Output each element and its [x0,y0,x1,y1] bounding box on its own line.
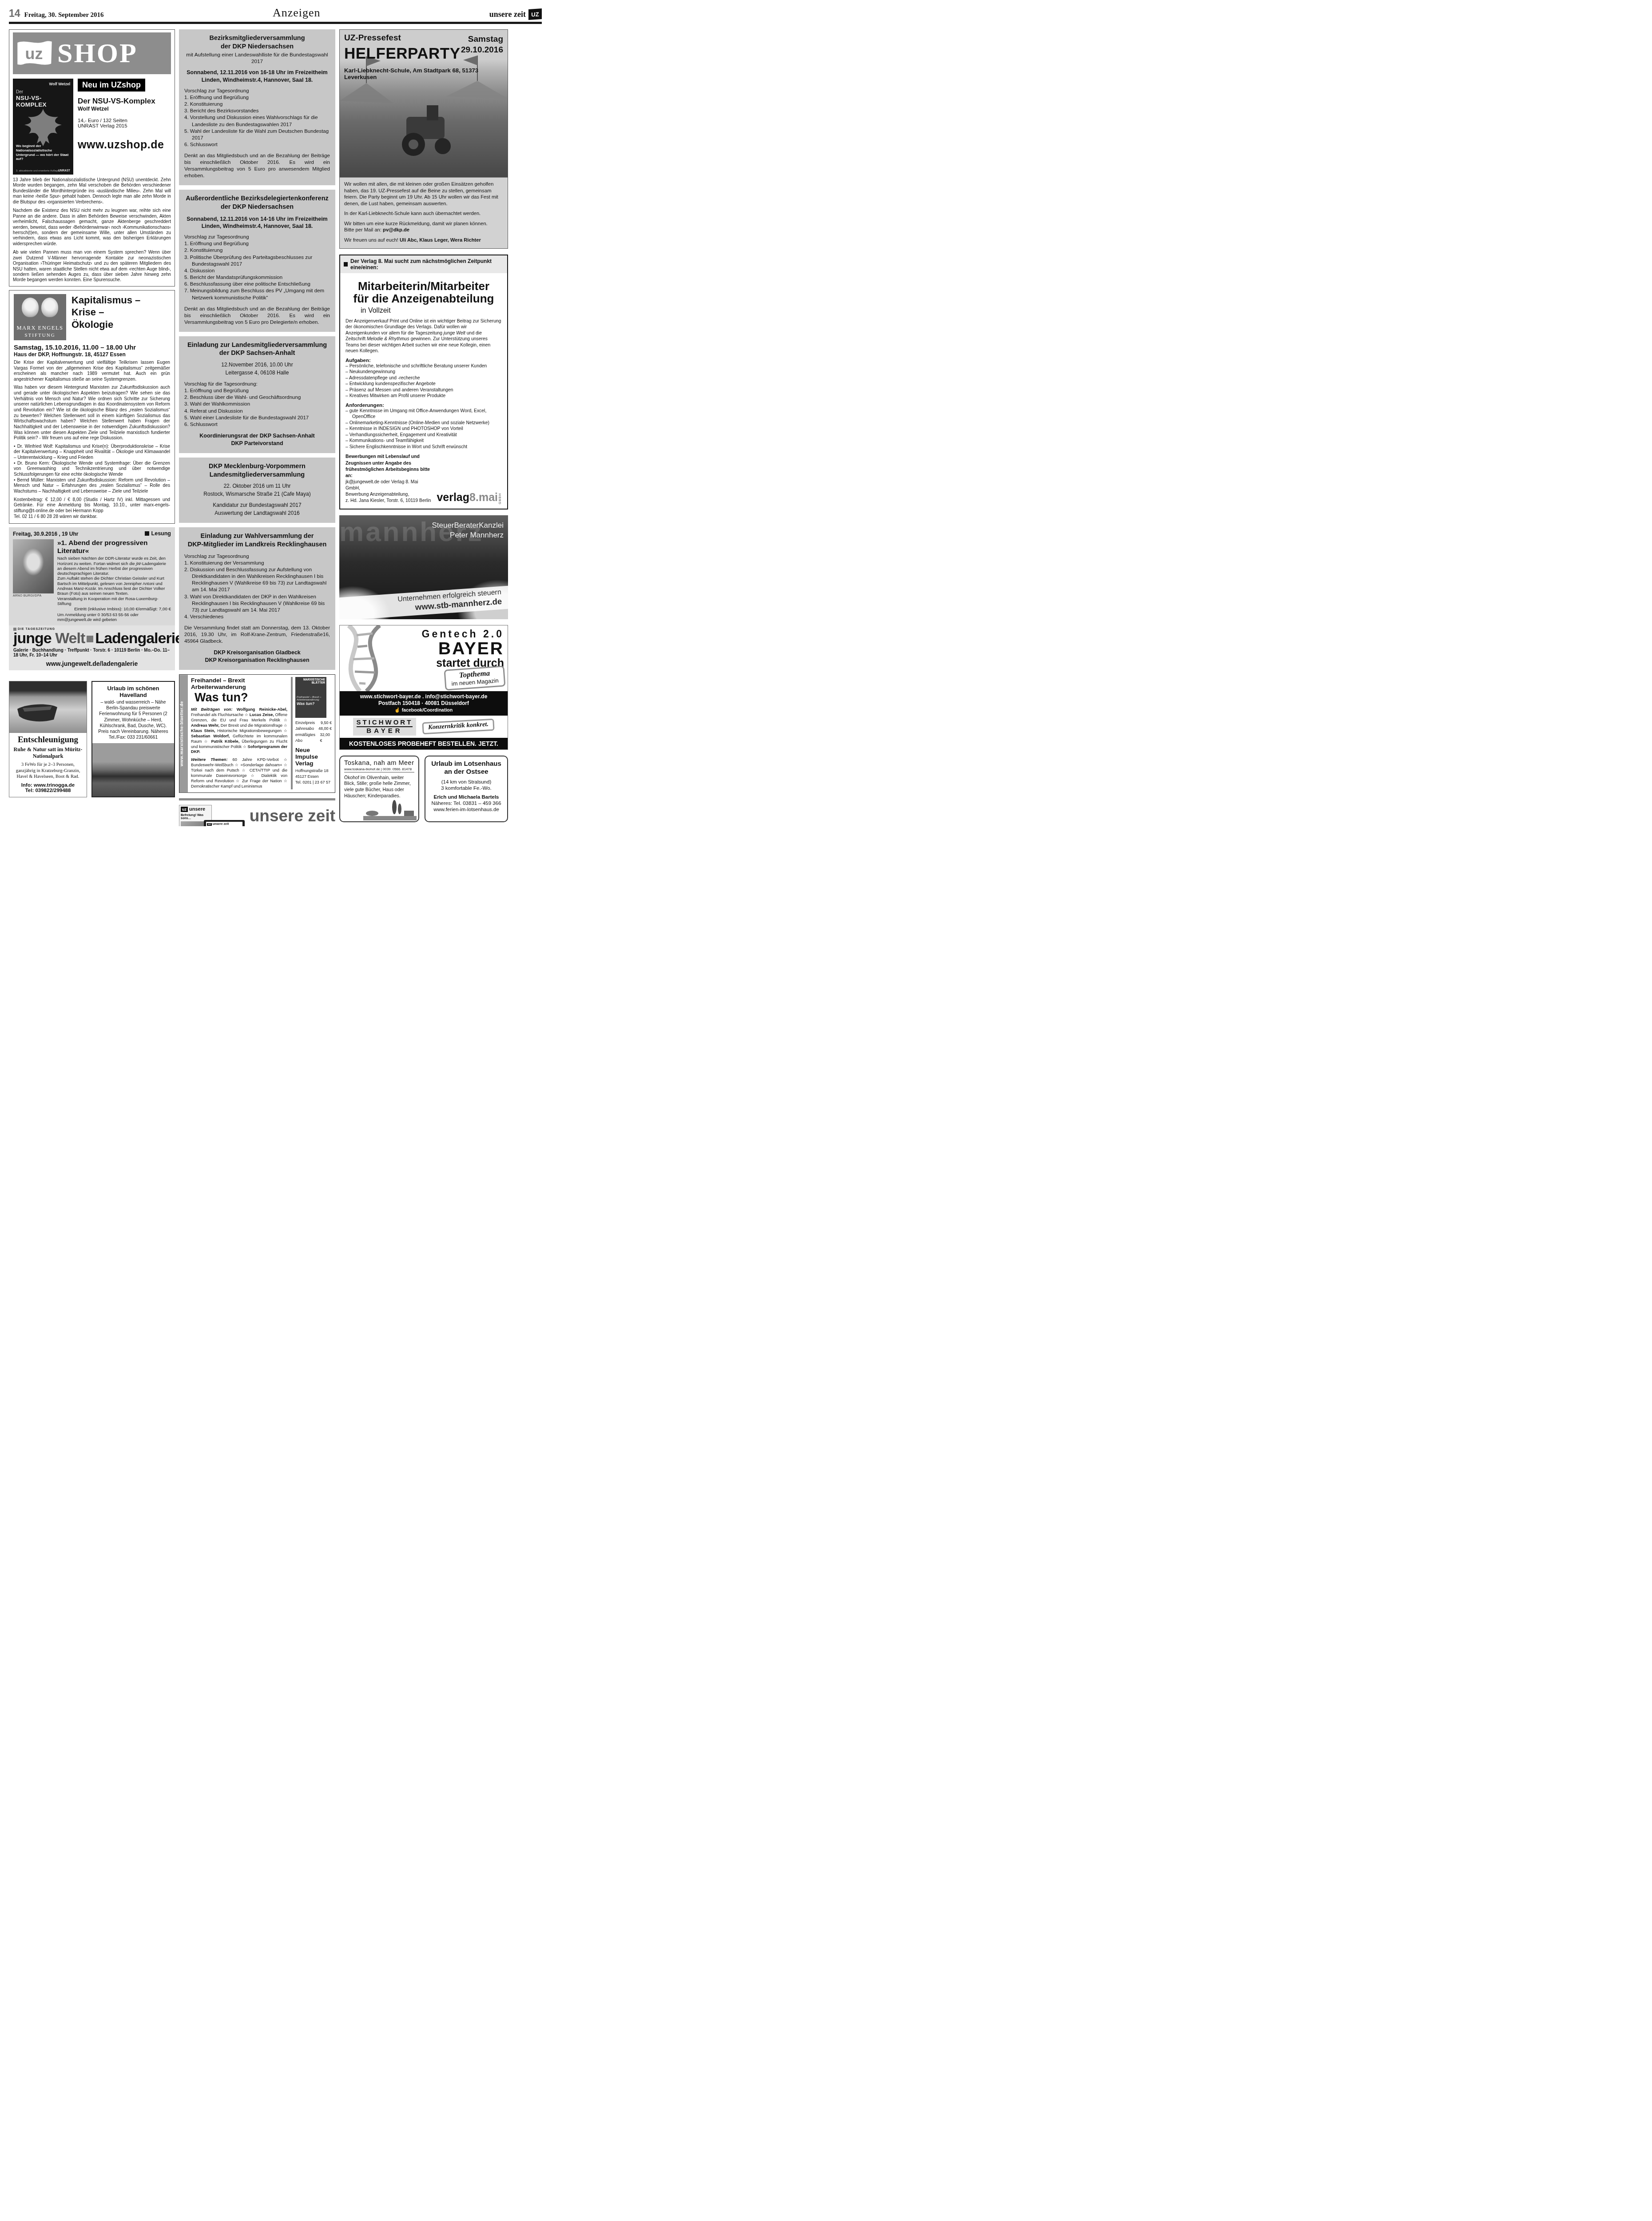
job-title-line: für die Anzeigenabteilung [345,292,502,305]
hav-title: Urlaub im schönen Havelland [94,685,172,698]
hp-mail-line: Bitte per Mail an: pv@dkp.de [344,227,409,233]
job-kicker-text: Der Verlag 8. Mai sucht zum nächstmöglic… [350,258,504,271]
columns: uz SHOP Wolf Wetzel Der NSU-VS-KOMPLEX W… [9,29,542,826]
mbl-right-column: MARXISTISCHE BLÄTTER Freihandel – Brexit… [291,677,332,789]
uzad-title: unsere zeit [248,808,335,824]
page-header: 14 Freitag, 30. September 2016 Anzeigen … [9,6,542,24]
agenda-item: 1. Konstituierung der Versammlung [184,560,330,567]
agenda-item: 2. Konstituierung [184,101,330,108]
hp-paragraph: In der Karl-Liebknecht-Schule kann auch … [344,211,503,217]
ad-jungewelt-ladengalerie: DIE TAGESZEITUNG junge WeltLadengalerie … [9,625,175,670]
price-row: Einzelpreis9,50 € [295,720,332,726]
dkp-date: 12.November 2016, 10.00 Uhr [184,361,330,369]
dkp-date: Sonnabend, 12.11.2016 von 16-18 Uhr im F… [185,69,329,84]
uz-logo-icon: UZ [528,8,542,20]
lesung-date: Freitag, 30.9.2016 , 19 Uhr [13,531,78,537]
mannherz-title: SteuerBeraterKanzlei Peter Mannherz [432,521,504,540]
publisher-line: Verlag [295,760,332,767]
hp-paragraph-line: Wir bitten um eine kurze Rückmeldung, da… [344,221,488,227]
uzshop-paragraph: Ab wie vielen Pannen muss man von einem … [13,250,171,283]
pressefest-photo: UZ-Pressefest HELFERPARTY Samstag 29.10.… [340,30,508,177]
book-cover-author: Wolf Wetzel [16,82,70,86]
bayer-urls: www.stichwort-bayer.de . info@stichwort-… [341,693,507,700]
magazine-cover-wastun: Was tun? [297,701,325,706]
mes-fee: Kostenbeitrag: € 12,00 / € 8,00 (Studis … [14,498,170,514]
column-right: UZ-Pressefest HELFERPARTY Samstag 29.10.… [339,29,508,822]
hp-paragraph: Wir wollen mit allen, die mit kleinen od… [344,181,503,207]
hp-paragraph: Wir freuen uns auf euch! Uli Abc, Klaus … [344,237,503,244]
lesung-paragraph: Nach sieben Nächten der DDR-Literatur wu… [57,556,171,576]
agenda-item: 1. Eröffnung und Begrüßung [184,95,330,101]
dkp-signature-line: DKP Parteivorstand [184,440,330,447]
lots-title-line: an der Ostsee [428,768,504,776]
dkp-title-line: Landesmitgliederversammlung [184,471,330,479]
book-title: Der NSU-VS-Komplex [78,97,171,106]
job-requirement: – Kenntnisse in INDESIGN und PHOTOSHOP v… [345,426,502,432]
mbl-paragraph: Weitere Themen: 60 Jahre KPD-Verbot ☆ Bu… [191,757,287,789]
job-task: – Kreatives Mitwirken am Profil unserer … [345,393,502,399]
dkp-location: Leitergasse 4, 06108 Halle [184,369,330,377]
mes-tel: Tel. 02 11 / 6 80 28 28 wären wir dankba… [14,514,170,520]
ad-dkp-mecklenburg-vorpommern: DKP Mecklenburg-Vorpommern Landesmitglie… [179,458,335,523]
job-req-label: Anforderungen: [345,403,502,408]
dkp-title-line: Außerordentliche Bezirksdelegiertenkonfe… [184,195,330,203]
svg-text:uz: uz [25,45,43,63]
bayer-title-gentech: Gentech 2.0 [343,628,504,640]
magazine-cover: MARXISTISCHE BLÄTTER Freihandel – Brexit… [295,677,326,718]
ad-marxistische-blaetter: www.marxistische-blaetter.de Freihandel … [179,674,335,793]
mbl-header: Freihandel – Brexit Arbeiterwanderung Wa… [191,677,287,705]
dkp-title-line: der DKP Sachsen-Anhalt [184,349,330,358]
dkp-agenda-list: 1. Eröffnung und Begrüßung2. Beschluss ü… [184,388,330,428]
mes-header: Marx Engels Stiftung Kapitalismus – Kris… [14,294,170,340]
jw-url: www.jungewelt.de/ladengalerie [13,660,171,667]
dkp-title: Außerordentliche Bezirksdelegiertenkonfe… [184,195,330,211]
agenda-item: 3. Politische Überprüfung des Parteitags… [184,255,330,268]
ad-lotsenhaus: Urlaub im Lotsenhaus an der Ostsee (14 k… [425,756,508,822]
dkp-signature: Koordinierungsrat der DKP Sachsen-Anhalt… [184,432,330,447]
page-number: 14 [9,8,20,20]
topthema-badge: Topthema im neuen Magazin [444,665,505,690]
dkp-agenda-label: Vorschlag zur Tagesordnung [184,235,330,240]
lesung-topbar: Freitag, 30.9.2016 , 19 Uhr Lesung [13,530,171,537]
bayer-headline: Gentech 2.0 BAYER startet durch [343,628,504,669]
lots-title: Urlaub im Lotsenhaus an der Ostsee [428,760,504,776]
ad-havelland: Urlaub im schönen Havelland – wald- und … [91,681,175,797]
havel-lake-photo [92,743,174,796]
price-value: 48,00 € [318,726,332,732]
job-kicker: Der Verlag 8. Mai sucht zum nächstmöglic… [340,255,507,274]
website-name: unsere zeit [213,823,229,826]
logo-bayer: BAYER [357,727,413,735]
dkp-agenda-label: Vorschlag zur Tagesordnung [184,88,330,94]
agenda-item: 5. Wahl der Landesliste für die Wahl zum… [184,128,330,142]
facebook-label: facebook/Coordination [402,708,453,713]
website-masthead: uz unsere zeit [207,823,242,826]
square-icon [145,531,149,536]
bayer-contact-band: www.stichwort-bayer.de . info@stichwort-… [340,691,508,716]
job-task: – Neukundengewinnung [345,369,502,375]
dkp-agenda-list: 1. Eröffnung und Begrüßung2. Konstituier… [184,241,330,302]
newspaper-headline: Befreiung! Was sons… [181,814,210,820]
hp-paragraph: Wir bitten um eine kurze Rückmeldung, da… [344,221,503,234]
lesung-photo-block: ARNO BURGI/DPA [13,539,54,622]
agenda-item: 1. Eröffnung und Begrüßung [184,241,330,247]
dkp-title: Einladung zur Wahlversammlung der DKP-Mi… [184,532,330,549]
publisher-name: Neue Impulse Verlag [295,747,332,767]
bottom-left-ads: Entschleunigung Ruhe & Natur satt im Mür… [9,681,175,797]
dkp-title-line: Bezirksmitgliederversammlung [184,34,330,43]
jw-info: Galerie · Buchhandlung · Treffpunkt · To… [13,648,171,658]
laptop-illustration: uz unsere zeit [204,820,245,826]
dkp-agenda-list: 1. Konstituierung der Versammlung2. Disk… [184,560,330,621]
mes-location: Haus der DKP, Hoffnungstr. 18, 45127 Ess… [14,351,170,358]
stichwort-bayer-logo: STICHWORT BAYER [353,718,417,736]
bayer-postfach: Postfach 150418 · 40081 Düsseldorf [341,700,507,706]
newspaper-page: 14 Freitag, 30. September 2016 Anzeigen … [0,0,551,826]
lesung-entry-fee: Eintritt (inklusive Imbiss): 10,00 €/erm… [57,607,171,612]
mannherz-title-line: Peter Mannherz [432,530,504,540]
ent-title: Entschleunigung [12,735,84,745]
agenda-item: 5. Wahl einer Landesliste für die Bundes… [184,415,330,422]
price-row: ermäßigtes Abo32,00 € [295,732,332,744]
magazine-cover-title: MARXISTISCHE BLÄTTER [297,678,325,685]
address-line: Tel. 0201 | 23 67 57 [295,780,332,785]
logo-8mai: 8.mai [469,491,498,504]
mes-title-line: Ökologie [71,318,140,331]
price-label: Jahresabo [295,726,314,732]
book-price: 14,- Euro / 132 Seiten [78,118,171,123]
thumbs-up-icon: ☝ [395,708,401,713]
mbl-was-tun: Was tun? [195,691,248,705]
agenda-item: 6. Schlusswort [184,422,330,428]
book-author: Wolf Wetzel [78,106,171,112]
uz-flag-icon: uz [16,38,54,69]
logo-gmbh: GMBH [499,493,502,504]
agenda-item: 7. Meinungsbildung zum Beschluss des PV … [184,288,330,301]
ad-unsere-zeit: uz unsere Befreiung! Was sons… uz unsere… [179,798,335,826]
lots-contact-name: Erich und Michaela Bartels [428,795,504,800]
uz-logo-icon: uz [181,807,188,812]
agenda-item: 3. Bericht des Bezirksvorstandes [184,108,330,115]
jw-logo-junge: junge [13,630,52,647]
publisher-line: Neue Impulse [295,747,332,760]
hp-date: Samstag 29.10.2016 [461,34,503,56]
dkp-note: Denkt an das Mitgliedsbuch und an die Be… [184,306,330,326]
tos-contact: www.toskana-biohof.de | 0039. 0566. 8147… [344,767,414,772]
volker-braun-photo [13,539,54,593]
logo-stichwort: STICHWORT [357,719,413,727]
cypress-landscape-icon [363,800,417,820]
uz-media-illustration: uz unsere Befreiung! Was sons… uz unsere… [179,805,245,826]
hp-text: Wir wollen mit allen, die mit kleinen od… [340,177,508,248]
uz-logo-icon: uz [207,823,212,826]
hav-text: – wald- und wasserreich – Nähe Berlin-Sp… [95,700,171,740]
agenda-item: 4. Verschiedenes [184,614,330,621]
dkp-title-line: der DKP Niedersachsen [184,203,330,211]
job-tasks-list: – Persönliche, telefonische und schriftl… [345,363,502,399]
lesung-note: Um Anmeldung unter 0 30/53 63 55-56 oder… [57,612,171,622]
newspaper-masthead: uz unsere [181,807,210,812]
dkp-title-line: Einladung zur Wahlversammlung der [184,532,330,541]
address-line: Hoffnungstraße 18 [295,768,332,774]
agenda-item: 4. Vorstellung und Diskussion eines Wahl… [184,115,330,128]
book-cover-edition: 3. aktualisierte und erweiterte Auflage [16,170,59,172]
dkp-title-line: Einladung zur Landesmitgliederversammlun… [184,341,330,350]
dkp-signature-line: Koordinierungsrat der DKP Sachsen-Anhalt [184,432,330,440]
price-value: 9,50 € [321,720,332,726]
portrait-face-icon [22,298,39,317]
job-requirement: – gute Kenntnisse im Umgang mit Office-A… [345,408,502,420]
agenda-item: 3. Wahl der Wahlkommission [184,401,330,408]
mes-speaker: • Bernd Müller: Marxisten und Zukunftsdi… [14,478,170,495]
book-cover-der: Der [16,90,70,95]
mes-speaker: • Dr. Winfried Wolf: Kapitalismus und Kr… [14,444,170,461]
lesung-text: »1. Abend der progressiven Literatur« Na… [57,539,171,622]
agenda-item: 4. Diskussion [184,268,330,275]
ad-helferparty: UZ-Pressefest HELFERPARTY Samstag 29.10.… [339,29,508,249]
book-cover: Wolf Wetzel Der NSU-VS-KOMPLEX Wo beginn… [13,79,73,175]
dkp-date: Sonnabend, 12.11.2016 von 14-16 Uhr im F… [185,215,329,230]
logo-verlag: verlag [437,491,469,504]
tos-text: Ökohof im Olivenhain, weiter Blick, Stil… [344,775,414,800]
square-icon [87,636,93,642]
lots-url: www.ferien-im-lotsenhaus.de [428,807,504,812]
column-middle: Bezirksmitgliederversammlung der DKP Nie… [179,29,335,826]
ad-marx-engels-stiftung: Marx Engels Stiftung Kapitalismus – Kris… [9,290,175,524]
agenda-item: 2. Beschluss über die Wahl- und Geschäft… [184,394,330,401]
dkp-agenda-label: Vorschlag zur Tagesordnung [184,554,330,559]
marx-engels-logo: Marx Engels Stiftung [14,294,66,340]
ad-uzshop: uz SHOP Wolf Wetzel Der NSU-VS-KOMPLEX W… [9,29,175,287]
ad-toskana: Toskana, nah am Meer www.toskana-biohof.… [339,756,419,822]
job-task: – Adressdatenpflege und -recherche [345,375,502,382]
job-application-info: Bewerbungen mit Lebenslauf und Zeugnisse… [345,454,433,504]
hp-location: Karl-Liebknecht-Schule, Am Stadtpark 68,… [344,67,503,80]
mes-logo-line2: Stiftung [14,333,66,338]
job-title: Mitarbeiterin/Mitarbeiter für die Anzeig… [345,280,502,305]
mes-title-line: Krise – [71,306,140,318]
dkp-signature-line: DKP Kreisorganisation Recklinghausen [184,657,330,664]
lots-title-line: Urlaub im Lotsenhaus [428,760,504,768]
mes-title: Kapitalismus – Krise – Ökologie [71,294,140,340]
bayer-cta-band: KOSTENLOSES PROBEHEFT BESTELLEN. JETZT. [340,738,508,749]
job-requirement: – Sichere Englischkenntnisse in Wort und… [345,444,502,450]
mbl-text: Freihandel – Brexit Arbeiterwanderung Wa… [191,677,287,789]
job-footer: Bewerbungen mit Lebenslauf und Zeugnisse… [345,454,502,504]
marx-engels-portraits-icon [22,298,58,318]
uzshop-wordmark: SHOP [57,40,138,67]
uzshop-info: Neu im UZshop Der NSU-VS-Komplex Wolf We… [78,79,171,175]
dkp-agenda-label: Vorschlag für die Tagesordnung: [184,382,330,387]
publisher-address: Hoffnungstraße 18 45127 Essen Tel. 0201 … [295,768,332,785]
mbl-title-line: Freihandel – Brexit [191,677,246,684]
dkp-location: Rostock, Wismarsche Straße 21 (Cafe Maya… [184,490,330,498]
jw-logo: junge WeltLadengalerie [13,631,171,647]
uzshop-url: www.uzshop.de [78,139,171,151]
mes-paragraph: Was haben vor diesem Hintergrund Marxist… [14,385,170,441]
job-subtitle: in Vollzeit [361,307,502,315]
tos-title: Toskana, nah am Meer [344,760,414,767]
agenda-item: 5. Bericht der Mandatsprüfungskommission [184,275,330,281]
mbl-paragraph: Mit Beiträgen von: Wolfgang Reinicke-Abe… [191,707,287,755]
job-requirement: – Verhandlungssicherheit, Engagement und… [345,432,502,438]
mes-speaker-list: • Dr. Winfried Wolf: Kapitalismus und Kr… [14,444,170,495]
dkp-agenda-list: 1. Eröffnung und Begrüßung2. Konstituier… [184,95,330,148]
mbl-title-line: Arbeiterwanderung [191,684,246,691]
book-publisher: UNRAST Verlag 2015 [78,123,171,129]
job-body: Mitarbeiterin/Mitarbeiter für die Anzeig… [340,274,507,509]
header-left: 14 Freitag, 30. September 2016 [9,8,104,20]
ad-job-verlag-8mai: Der Verlag 8. Mai sucht zum nächstmöglic… [339,255,508,509]
magazine-cover-sub: Freihandel – Brexit – Arbeiterwanderung [297,696,325,701]
square-icon [344,262,348,267]
boat-icon [9,681,87,733]
book-cover-subtitle: Wo beginnt der Nationalsozialistische Un… [16,144,70,161]
agenda-item: 3. Wahl von Direktkandidaten der DKP in … [184,594,330,614]
mes-logo-line1: Marx Engels [14,325,66,331]
agenda-item: 2. Diskussion und Beschlussfassung zur A… [184,567,330,594]
uzshop-book-row: Wolf Wetzel Der NSU-VS-KOMPLEX Wo beginn… [13,79,171,175]
lots-tel: Näheres: Tel. 03831 – 459 366 [428,801,504,806]
dkp-note: Denkt an das Mitgliedsbuch und an die Be… [184,153,330,179]
mbl-main: Freihandel – Brexit Arbeiterwanderung Wa… [188,675,335,792]
job-requirement: – Onlinemarketing-Kenntnisse (Online-Med… [345,420,502,426]
agenda-item: 4. Referat und Diskussion [184,408,330,415]
price-label: Einzelpreis [295,720,315,726]
mannherz-band: Unternehmen erfolgreich steuern www.stb-… [339,585,508,619]
uzad-text: unsere zeit lesen . unterstützen verbrei… [248,808,335,826]
dkp-title-line: der DKP Niedersachsen [184,43,330,51]
mes-paragraph: Die Krise der Kapitalverwertung und viel… [14,360,170,383]
mes-date: Samstag, 15.10.2016, 11.00 – 18.00 Uhr [14,344,170,351]
mes-speaker: • Dr. Bruno Kern: Ökologische Wende und … [14,461,170,478]
header-brand: unsere zeit UZ [489,9,542,20]
ent-subtitle: Ruhe & Natur satt im Müritz-Nationalpark [12,746,84,759]
bayer-title-bayer: BAYER [343,640,504,657]
dkp-topic: Auswertung der Landtagswahl 2016 [184,509,330,517]
mes-title-line: Kapitalismus – [71,294,140,306]
ad-dkp-niedersachsen-konferenz: Außerordentliche Bezirksdelegiertenkonfe… [179,190,335,332]
job-task: – Präsenz auf Messen und anderen Veranst… [345,387,502,394]
dkp-title-line: DKP-Mitglieder im Landkreis Recklinghaus… [184,541,330,549]
dkp-date: 22. Oktober 2016 um 11 Uhr [184,482,330,490]
lots-line: (14 km von Stralsund) [428,780,504,785]
lake-boat-photo [9,681,87,733]
konzernkritik-badge: Konzernkritik konkret. [422,719,495,734]
hp-date-line: Samstag [461,34,503,45]
new-badge: Neu im UZshop [78,79,145,92]
newspaper-name: unsere [189,807,205,812]
jw-logo-welt: Welt [55,630,85,647]
mbl-side-url: www.marxistische-blaetter.de [179,675,188,792]
dkp-topic: Kandidatur zur Bundestagswahl 2017 [184,502,330,509]
mbl-title: Freihandel – Brexit Arbeiterwanderung [191,677,246,691]
dkp-subtitle: mit Aufstellung einer Landeswahlliste fü… [184,52,330,65]
photo-credit: ARNO BURGI/DPA [13,594,54,597]
price-value: 32,00 € [320,732,332,744]
stichwort-bayer-logo-row: STICHWORT BAYER Konzernkritik konkret. [340,716,508,738]
ad-stichwort-bayer: Gentech 2.0 BAYER startet durch Topthema… [339,625,508,750]
dkp-note: Die Versammlung findet statt am Donnerst… [184,625,330,645]
laptop-screen: uz unsere zeit [204,820,245,826]
hp-date-line: 29.10.2016 [461,45,503,56]
hp-title: HELFERPARTY [344,45,461,63]
price-row: Jahresabo48,00 € [295,726,332,732]
lesung-tag: Lesung [145,530,171,537]
dkp-signature-line: DKP Kreisorganisation Gladbeck [184,649,330,657]
jw-logo-laden: Ladengalerie [95,630,183,647]
lesung-tag-label: Lesung [151,530,171,537]
ad-dkp-recklinghausen: Einladung zur Wahlversammlung der DKP-Mi… [179,527,335,670]
mannherz-title-line: SteuerBeraterKanzlei [432,521,504,530]
ad-lesung: Freitag, 30.9.2016 , 19 Uhr Lesung ARNO … [9,527,175,625]
job-title-line: Mitarbeiterin/Mitarbeiter [345,280,502,292]
verlag-8mai-logo: verlag 8.mai GMBH [437,491,502,504]
ent-tel: Tel: 039822/299488 [12,788,84,793]
ent-url: Info: www.trinogga.de [12,783,84,788]
dkp-title: DKP Mecklenburg-Vorpommern Landesmitglie… [184,462,330,479]
column-left: uz SHOP Wolf Wetzel Der NSU-VS-KOMPLEX W… [9,29,175,797]
job-tasks-label: Aufgaben: [345,358,502,363]
section-title: Anzeigen [273,6,321,20]
ad-dkp-sachsen-anhalt: Einladung zur Landesmitgliederversammlun… [179,336,335,453]
agenda-item: 2. Konstituierung [184,247,330,254]
dkp-title-line: DKP Mecklenburg-Vorpommern [184,462,330,471]
agenda-item: 1. Eröffnung und Begrüßung [184,388,330,394]
eagle-icon [19,106,67,149]
page-date: Freitag, 30. September 2016 [24,12,104,19]
portrait-face-icon [41,298,58,317]
job-task: – Entwicklung kundenspezifischer Angebot… [345,381,502,387]
ent-body: Entschleunigung Ruhe & Natur satt im Mür… [9,733,87,797]
book-cover-publisher: UNRAST [58,169,70,172]
address-line: 45127 Essen [295,774,332,780]
lesung-body: ARNO BURGI/DPA »1. Abend der progressive… [13,539,171,622]
job-requirement: – Kommunikations- und Teamfähigkeit [345,438,502,444]
lesung-paragraph: Veranstaltung in Kooperation mit der Ros… [57,597,171,607]
ad-dkp-niedersachsen-versammlung: Bezirksmitgliederversammlung der DKP Nie… [179,29,335,185]
ad-mannherz: mannherz SteuerBeraterKanzlei Peter Mann… [339,515,508,619]
uzshop-paragraph: Nachdem die Existenz des NSU nicht mehr … [13,208,171,247]
bayer-top: Gentech 2.0 BAYER startet durch Topthema… [340,625,508,691]
job-task: – Persönliche, telefonische und schriftl… [345,363,502,370]
hp-kicker: UZ-Pressefest [344,33,401,43]
dkp-title: Bezirksmitgliederversammlung der DKP Nie… [184,34,330,51]
ad-entschleunigung: Entschleunigung Ruhe & Natur satt im Mür… [9,681,87,797]
lesung-paragraph: Zum Auftakt stehen die Dichter Christian… [57,576,171,596]
ent-text: 3 FeWo für je 2–3 Personen, ganzjährig i… [12,762,84,780]
dkp-title: Einladung zur Landesmitgliederversammlun… [184,341,330,358]
agenda-item: 6. Schlusswort [184,142,330,148]
bottom-right-ads: Toskana, nah am Meer www.toskana-biohof.… [339,756,508,822]
job-req-list: – gute Kenntnisse im Umgang mit Office-A… [345,408,502,450]
uzshop-banner: uz SHOP [13,32,171,74]
agenda-item: 6. Beschlussfassung über eine politische… [184,281,330,288]
bayer-facebook: ☝ facebook/Coordination [341,707,507,713]
uzshop-paragraph: 13 Jahre blieb der Nationalsozialistisch… [13,178,171,205]
brand-name: unsere zeit [489,10,526,19]
dkp-signature: DKP Kreisorganisation Gladbeck DKP Kreis… [184,649,330,664]
job-intro: Der Anzeigenverkauf Print und Online ist… [345,318,502,354]
uz-website: uz unsere zeit [206,822,242,826]
lots-line: 3 komfortable Fe.-Wo. [428,786,504,791]
price-label: ermäßigtes Abo [295,732,320,744]
lesung-title: »1. Abend der progressiven Literatur« [57,539,171,555]
